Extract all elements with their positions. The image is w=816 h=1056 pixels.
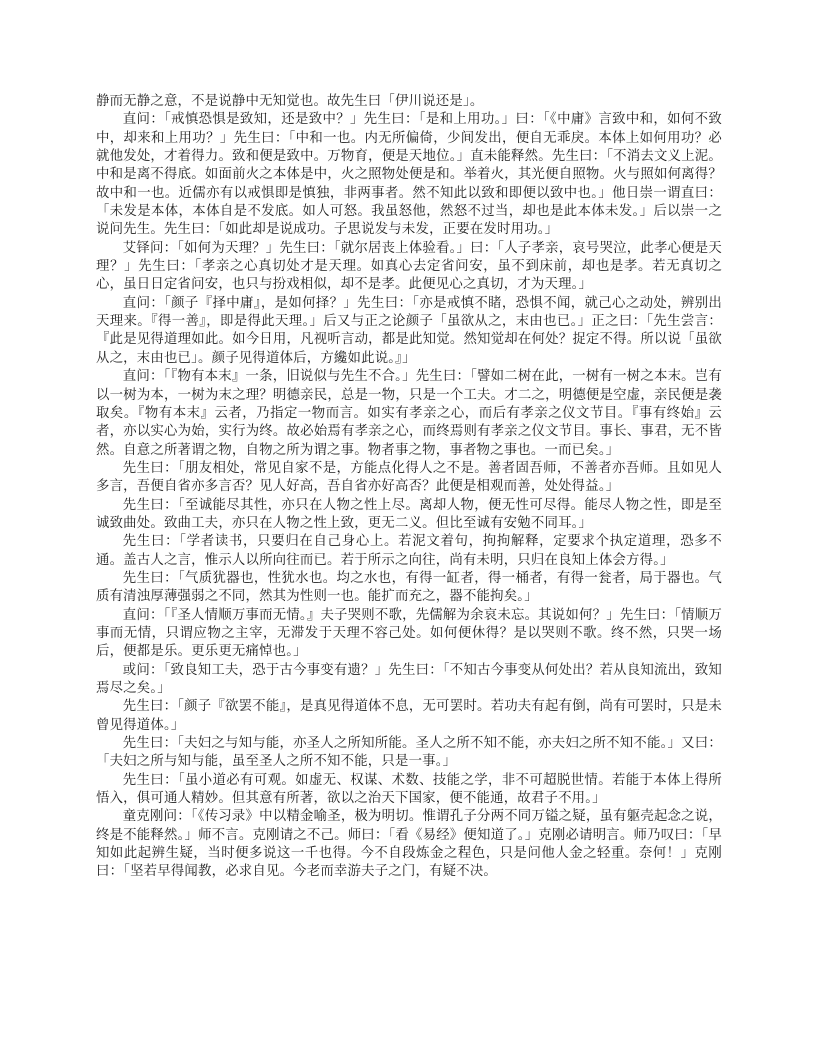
- paragraph: 艾铎问：「如何为天理？」先生曰：「就尔居丧上体验看。」曰：「人子孝亲，哀号哭泣，…: [96, 239, 722, 294]
- paragraph: 直问：「戒慎恐惧是致知，还是致中？」先生曰：「是和上用功。」曰：「《中庸》言致中…: [96, 110, 722, 238]
- paragraph: 先生曰：「学者读书，只要归在自己身心上。若泥文着句，拘拘解释，定要求个执定道理，…: [96, 532, 722, 569]
- paragraph: 先生曰：「气质犹器也，性犹水也。均之水也，有得一缸者，得一桶者，有得一瓮者，局于…: [96, 569, 722, 606]
- paragraph: 直问：「颜子『择中庸』，是如何择？」先生曰：「亦是戒慎不睹，恐惧不闻，就己心之动…: [96, 294, 722, 367]
- paragraph: 静而无静之意，不是说静中无知觉也。故先生曰「伊川说还是」。: [96, 92, 722, 110]
- paragraph: 先生曰：「虽小道必有可观。如虚无、权谋、术数、技能之学，非不可超脱世情。若能于本…: [96, 771, 722, 808]
- paragraph: 童克刚问：「《传习录》中以精金喻圣，极为明切。惟谓孔子分两不同万镒之疑，虽有躯壳…: [96, 807, 722, 880]
- text-block: 静而无静之意，不是说静中无知觉也。故先生曰「伊川说还是」。 直问：「戒慎恐惧是致…: [96, 92, 722, 881]
- paragraph: 先生曰：「夫妇之与知与能，亦圣人之所知所能。圣人之所不知不能，亦夫妇之所不知不能…: [96, 734, 722, 771]
- paragraph: 先生曰：「朋友相处，常见自家不是，方能点化得人之不是。善者固吾师，不善者亦吾师。…: [96, 459, 722, 496]
- paragraph: 直问：「『物有本末』一条，旧说似与先生不合。」先生曰：「譬如二树在此，一树有一树…: [96, 367, 722, 459]
- paragraph: 或问：「致良知工夫，恐于古今事变有遗？」先生曰：「不知古今事变从何处出？若从良知…: [96, 661, 722, 698]
- paragraph: 先生曰：「颜子『欲罢不能』，是真见得道体不息，无可罢时。若功夫有起有倒，尚有可罢…: [96, 697, 722, 734]
- paragraph: 直问：「『圣人情顺万事而无情。』夫子哭则不歌，先儒解为余哀未忘。其说如何？」先生…: [96, 606, 722, 661]
- document-page: 静而无静之意，不是说静中无知觉也。故先生曰「伊川说还是」。 直问：「戒慎恐惧是致…: [0, 0, 816, 1056]
- paragraph: 先生曰：「至诚能尽其性，亦只在人物之性上尽。离却人物，便无性可尽得。能尽人物之性…: [96, 496, 722, 533]
